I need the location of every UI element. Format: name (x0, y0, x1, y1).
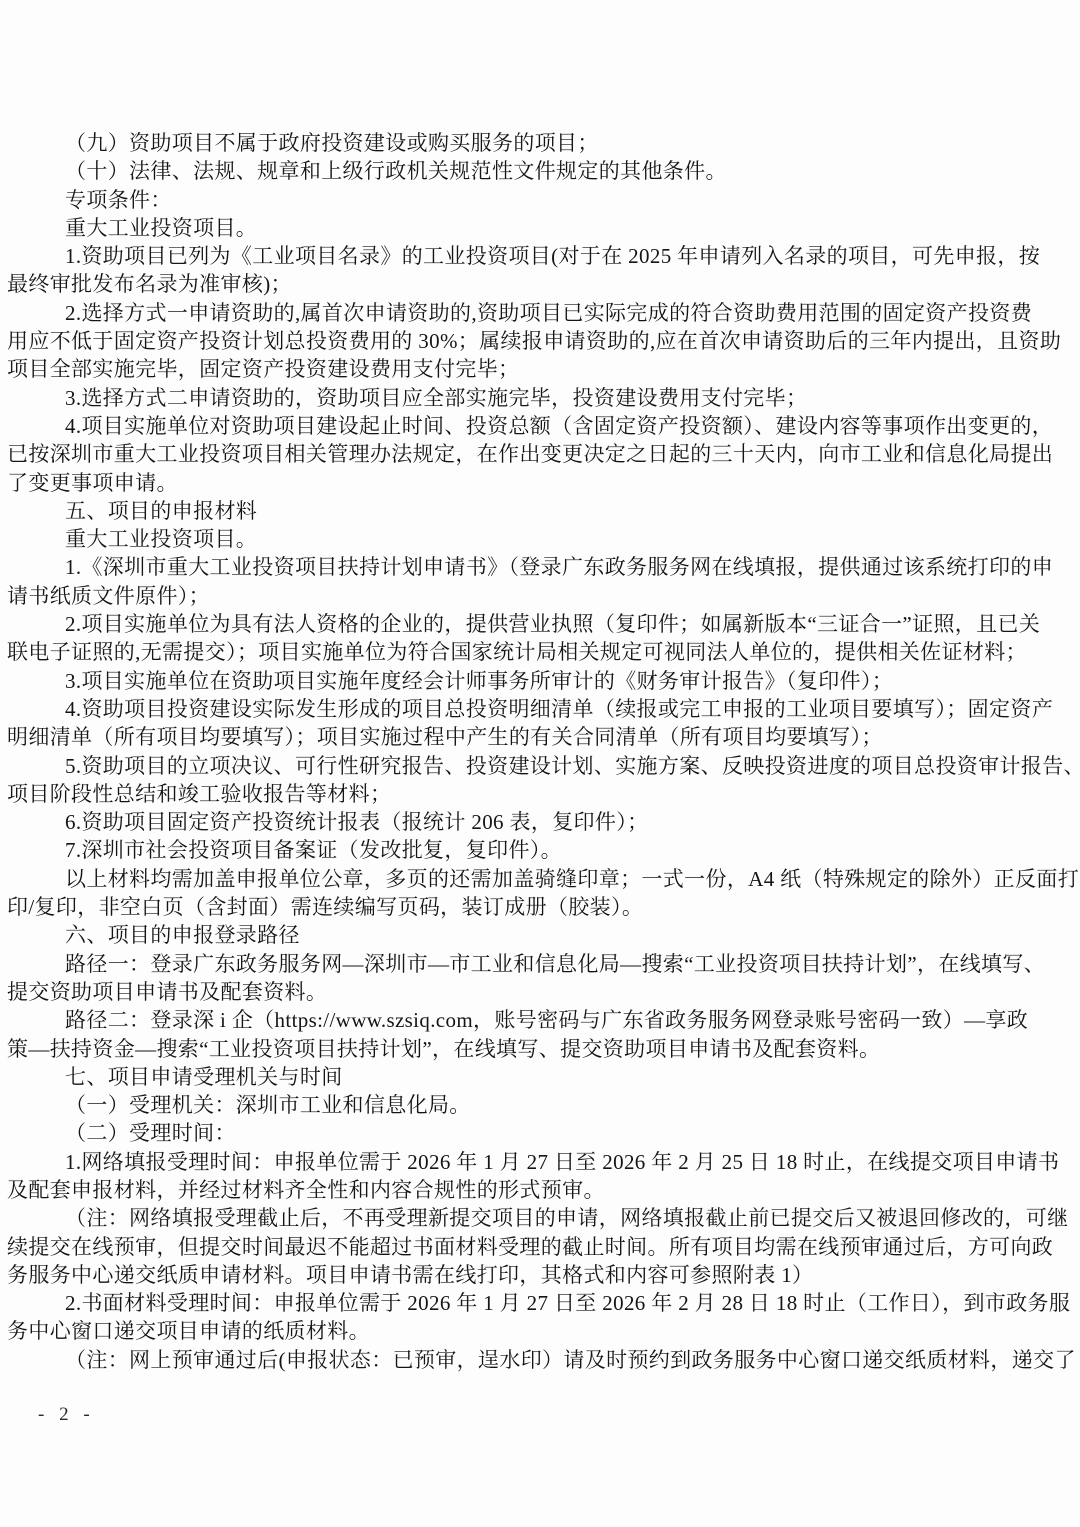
document-body: （九）资助项目不属于政府投资建设或购买服务的项目； （十）法律、法规、规章和上级… (7, 129, 1075, 1374)
text-line: 用应不低于固定资产投资计划总投资费用的 30%；属续报申请资助的,应在首次申请资… (7, 327, 1075, 355)
paragraph: （九）资助项目不属于政府投资建设或购买服务的项目； (7, 129, 1075, 157)
paragraph: 2.项目实施单位为具有法人资格的企业的，提供营业执照（复印件；如属新版本“三证合… (7, 610, 1075, 667)
text-line: 以上材料均需加盖申报单位公章，多页的还需加盖骑缝印章；一式一份，A4 纸（特殊规… (7, 865, 1075, 893)
text-line: 重大工业投资项目。 (7, 525, 1075, 553)
text-line: （一）受理机关：深圳市工业和信息化局。 (7, 1091, 1075, 1119)
text-line: （二）受理时间： (7, 1119, 1075, 1147)
paragraph: （一）受理机关：深圳市工业和信息化局。 (7, 1091, 1075, 1119)
paragraph: 3.项目实施单位在资助项目实施年度经会计师事务所审计的《财务审计报告》（复印件）… (7, 667, 1075, 695)
paragraph: 专项条件： (7, 186, 1075, 214)
section-heading: 五、项目的申报材料 (7, 497, 1075, 525)
text-line: 5.资助项目的立项决议、可行性研究报告、投资建设计划、实施方案、反映投资进度的项… (7, 752, 1075, 780)
section-heading: 七、项目申请受理机关与时间 (7, 1063, 1075, 1091)
text-line: 印/复印，非空白页（含封面）需连续编写页码，装订成册（胶装）。 (7, 893, 1075, 921)
text-line: 项目全部实施完毕，固定资产投资建设费用支付完毕； (7, 355, 1075, 383)
text-line: 务中心窗口递交项目申请的纸质材料。 (7, 1317, 1075, 1345)
text-line: 提交资助项目申请书及配套资料。 (7, 978, 1075, 1006)
text-line: 五、项目的申报材料 (7, 497, 1075, 525)
paragraph: （注：网络填报受理截止后，不再受理新提交项目的申请，网络填报截止前已提交后又被退… (7, 1204, 1075, 1289)
paragraph: 重大工业投资项目。 (7, 214, 1075, 242)
document-page: （九）资助项目不属于政府投资建设或购买服务的项目； （十）法律、法规、规章和上级… (0, 0, 1080, 1527)
paragraph: 4.项目实施单位对资助项目建设起止时间、投资总额（含固定资产投资额）、建设内容等… (7, 412, 1075, 497)
text-line: 务服务中心递交纸质申请材料。项目申请书需在线打印，其格式和内容可参照附表 1） (7, 1261, 1075, 1289)
paragraph: 7.深圳市社会投资项目备案证（发改批复，复印件）。 (7, 836, 1075, 864)
paragraph: 6.资助项目固定资产投资统计报表（报统计 206 表，复印件）； (7, 808, 1075, 836)
text-line: 1.网络填报受理时间：申报单位需于 2026 年 1 月 27 日至 2026 … (7, 1148, 1075, 1176)
text-line: 重大工业投资项目。 (7, 214, 1075, 242)
text-line: 项目阶段性总结和竣工验收报告等材料； (7, 780, 1075, 808)
text-line: （九）资助项目不属于政府投资建设或购买服务的项目； (7, 129, 1075, 157)
text-line: 已按深圳市重大工业投资项目相关管理办法规定，在作出变更决定之日起的三十天内，向市… (7, 440, 1075, 468)
text-line: 联电子证照的,无需提交）；项目实施单位为符合国家统计局相关规定可视同法人单位的，… (7, 638, 1075, 666)
text-line: 策—扶持资金—搜索“工业投资项目扶持计划”，在线填写、提交资助项目申请书及配套资… (7, 1035, 1075, 1063)
text-line: 4.资助项目投资建设实际发生形成的项目总投资明细清单（续报或完工申报的工业项目要… (7, 695, 1075, 723)
text-line: 路径二：登录深 i 企（https://www.szsiq.com，账号密码与广… (7, 1006, 1075, 1034)
text-line: 了变更事项申请。 (7, 469, 1075, 497)
text-line: 明细清单（所有项目均要填写）；项目实施过程中产生的有关合同清单（所有项目均要填写… (7, 723, 1075, 751)
text-line: 1.《深圳市重大工业投资项目扶持计划申请书》（登录广东政务服务网在线填报，提供通… (7, 553, 1075, 581)
paragraph: 重大工业投资项目。 (7, 525, 1075, 553)
text-line: （十）法律、法规、规章和上级行政机关规范性文件规定的其他条件。 (7, 157, 1075, 185)
paragraph: （注：网上预审通过后(申报状态：已预审，逞水印）请及时预约到政务服务中心窗口递交… (7, 1346, 1075, 1374)
paragraph: 4.资助项目投资建设实际发生形成的项目总投资明细清单（续报或完工申报的工业项目要… (7, 695, 1075, 752)
paragraph: 路径二：登录深 i 企（https://www.szsiq.com，账号密码与广… (7, 1006, 1075, 1063)
text-line: （注：网上预审通过后(申报状态：已预审，逞水印）请及时预约到政务服务中心窗口递交… (7, 1346, 1075, 1374)
page-number: - 2 - (38, 1404, 95, 1426)
paragraph: 1.资助项目已列为《工业项目名录》的工业投资项目(对于在 2025 年申请列入名… (7, 242, 1075, 299)
text-line: 续提交在线预审，但提交时间最迟不能超过书面材料受理的截止时间。所有项目均需在线预… (7, 1233, 1075, 1261)
text-line: 3.选择方式二申请资助的，资助项目应全部实施完毕，投资建设费用支付完毕； (7, 384, 1075, 412)
text-line: 最终审批发布名录为准审核)； (7, 270, 1075, 298)
text-line: 2.书面材料受理时间：申报单位需于 2026 年 1 月 27 日至 2026 … (7, 1289, 1075, 1317)
paragraph: 2.选择方式一申请资助的,属首次申请资助的,资助项目已实际完成的符合资助费用范围… (7, 299, 1075, 384)
text-line: 3.项目实施单位在资助项目实施年度经会计师事务所审计的《财务审计报告》（复印件）… (7, 667, 1075, 695)
section-heading: 六、项目的申报登录路径 (7, 921, 1075, 949)
paragraph: 2.书面材料受理时间：申报单位需于 2026 年 1 月 27 日至 2026 … (7, 1289, 1075, 1346)
text-line: 路径一：登录广东政务服务网—深圳市—市工业和信息化局—搜索“工业投资项目扶持计划… (7, 950, 1075, 978)
text-line: 及配套申报材料，并经过材料齐全性和内容合规性的形式预审。 (7, 1176, 1075, 1204)
text-line: 专项条件： (7, 186, 1075, 214)
text-line: 六、项目的申报登录路径 (7, 921, 1075, 949)
text-line: 4.项目实施单位对资助项目建设起止时间、投资总额（含固定资产投资额）、建设内容等… (7, 412, 1075, 440)
text-line: 7.深圳市社会投资项目备案证（发改批复，复印件）。 (7, 836, 1075, 864)
paragraph: 以上材料均需加盖申报单位公章，多页的还需加盖骑缝印章；一式一份，A4 纸（特殊规… (7, 865, 1075, 922)
paragraph: 1.《深圳市重大工业投资项目扶持计划申请书》（登录广东政务服务网在线填报，提供通… (7, 553, 1075, 610)
text-line: 请书纸质文件原件）； (7, 582, 1075, 610)
paragraph: 5.资助项目的立项决议、可行性研究报告、投资建设计划、实施方案、反映投资进度的项… (7, 752, 1075, 809)
paragraph: （十）法律、法规、规章和上级行政机关规范性文件规定的其他条件。 (7, 157, 1075, 185)
text-line: 2.选择方式一申请资助的,属首次申请资助的,资助项目已实际完成的符合资助费用范围… (7, 299, 1075, 327)
paragraph: （二）受理时间： (7, 1119, 1075, 1147)
paragraph: 1.网络填报受理时间：申报单位需于 2026 年 1 月 27 日至 2026 … (7, 1148, 1075, 1205)
paragraph: 3.选择方式二申请资助的，资助项目应全部实施完毕，投资建设费用支付完毕； (7, 384, 1075, 412)
paragraph: 路径一：登录广东政务服务网—深圳市—市工业和信息化局—搜索“工业投资项目扶持计划… (7, 950, 1075, 1007)
text-line: 七、项目申请受理机关与时间 (7, 1063, 1075, 1091)
text-line: 2.项目实施单位为具有法人资格的企业的，提供营业执照（复印件；如属新版本“三证合… (7, 610, 1075, 638)
text-line: 1.资助项目已列为《工业项目名录》的工业投资项目(对于在 2025 年申请列入名… (7, 242, 1075, 270)
text-line: （注：网络填报受理截止后，不再受理新提交项目的申请，网络填报截止前已提交后又被退… (7, 1204, 1075, 1232)
text-line: 6.资助项目固定资产投资统计报表（报统计 206 表，复印件）； (7, 808, 1075, 836)
